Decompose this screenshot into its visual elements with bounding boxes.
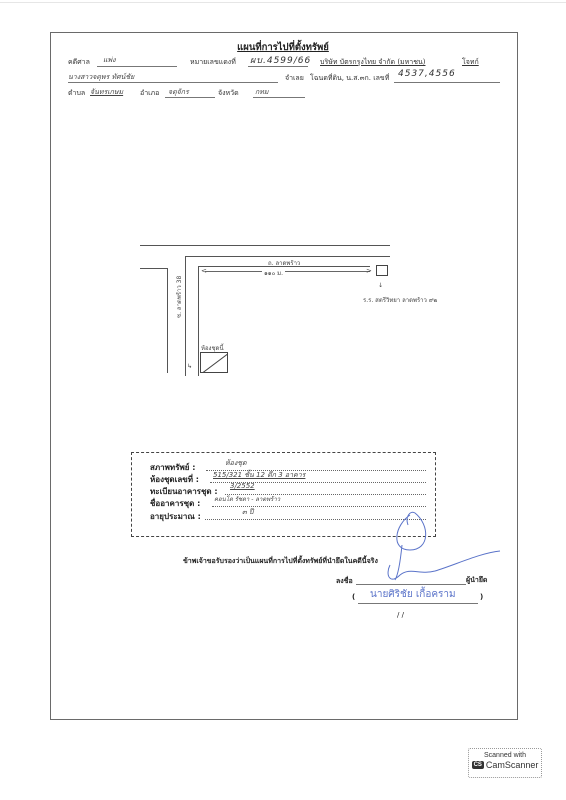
name-line — [358, 603, 478, 604]
case-underline — [97, 66, 177, 67]
name-close-paren: ) — [480, 593, 483, 601]
route-arrow-icon: ↳ — [187, 363, 192, 370]
map-road-outer-h — [185, 256, 390, 257]
map-road-top — [140, 245, 390, 246]
signature-scribble — [380, 505, 510, 595]
signer-name-stamp: นายศิริชัย เกื้อคราม — [370, 587, 456, 602]
age-label: อายุประมาณ : — [150, 510, 201, 523]
name-open-paren: ( — [352, 593, 355, 601]
black-no-label: หมายเลขแดงที่ — [190, 57, 236, 68]
distance-label: ๑๑๐ ม. — [262, 268, 285, 278]
camscanner-watermark: Scanned with CS CamScanner — [468, 748, 542, 778]
landmark-arrow-icon: ↓ — [378, 282, 383, 289]
map-road-outer-v — [185, 256, 186, 376]
camscanner-logo-icon: CS — [472, 761, 484, 769]
signer-role: ผู้นำยึด — [466, 575, 487, 586]
document-frame — [50, 32, 518, 720]
map-side-street-v — [167, 268, 168, 373]
province-label: จังหวัด — [218, 88, 239, 99]
black-no-value: ผบ.4599/66 — [250, 53, 311, 67]
age-value: ๓ ปี — [242, 507, 253, 518]
case-value: แพ่ง — [103, 55, 116, 66]
district-label: อำเภอ — [140, 88, 159, 99]
date-slashes: / / — [397, 611, 404, 619]
map-road-inner-v — [198, 266, 199, 376]
case-label: คดีศาล — [68, 57, 90, 68]
certification-statement: ข้าพเจ้าขอรับรองว่าเป็นแผนที่การไปที่ตั้… — [183, 556, 378, 567]
arrow-right-head: > — [366, 267, 372, 275]
deed-label: โฉนดที่ดิน, น.ส.๓ก. เลขที่ — [310, 73, 389, 84]
property-location-box — [200, 352, 228, 373]
landmark-square — [376, 265, 388, 276]
plaintiff-suffix: โจทก์ — [462, 57, 479, 68]
district-underline — [165, 97, 215, 98]
main-road-label: ถ. ลาดพร้าว — [268, 258, 300, 268]
watermark-top-text: Scanned with — [469, 752, 541, 759]
black-no-underline — [248, 66, 308, 67]
scan-edge-line — [0, 2, 566, 3]
distance-arrow-line — [205, 271, 370, 272]
watermark-brand: CamScanner — [486, 760, 539, 770]
defendant-underline — [68, 82, 278, 83]
plaintiff-name: บริษัท บัตรกรุงไทย จำกัด (มหาชน) — [320, 57, 425, 68]
unit-no-value: 515/321 ชั้น 12 ตึก 3 อาคาร — [213, 470, 305, 481]
condo-name-label: ชื่ออาคารชุด : — [150, 497, 200, 510]
deed-underline — [394, 82, 500, 83]
condo-registration-value: 3/2552 — [230, 482, 255, 490]
subdistrict-label: ตำบล — [68, 88, 85, 99]
landmark-label: ร.ร. สตรีวิทยา ลาดพร้าว ๙๒ — [363, 295, 437, 305]
defendant-label: จำเลย — [285, 73, 304, 84]
soi-label: ซ. ลาดพร้าว 38 — [174, 276, 184, 318]
signature-line — [356, 584, 466, 585]
province-underline — [253, 97, 305, 98]
condo-name-value: คอนโด รัชดา - ลาดพร้าว — [214, 494, 280, 504]
deed-value: 4537,4556 — [398, 69, 456, 79]
subdistrict-value: จันทรเกษม — [90, 87, 123, 98]
arrow-left-head: < — [201, 267, 207, 275]
map-side-street-h — [140, 268, 168, 269]
property-type-value: ห้องชุด — [225, 458, 247, 469]
sign-label: ลงชื่อ — [336, 576, 353, 587]
